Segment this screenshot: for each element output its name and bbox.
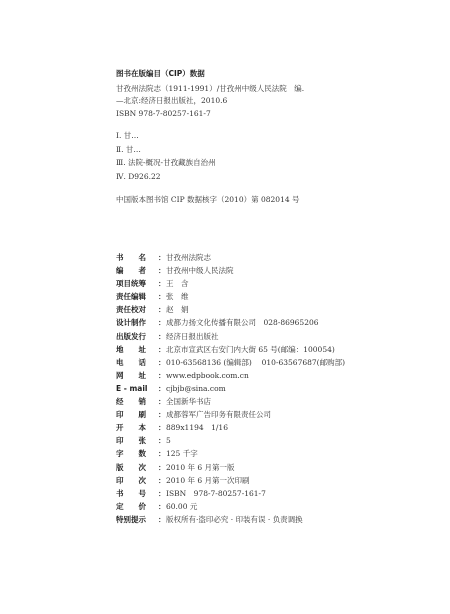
colophon-value: 889x1194 1/16 <box>166 421 228 434</box>
colon-separator: ： <box>158 251 166 264</box>
colophon-value: 北京市宣武区右安门内大街 65 号(邮编：100054) <box>166 343 335 356</box>
colon-separator: ： <box>158 447 166 460</box>
colophon-label: 印 次 <box>116 474 158 487</box>
colophon-label: 印 刷 <box>116 408 158 421</box>
colophon-value: cjbjb@sina.com <box>166 382 226 395</box>
colophon-row: 印 次：2010 年 6 月第一次印刷 <box>116 474 345 487</box>
colophon-value: 成都蓉军广告印务有限责任公司 <box>166 408 271 421</box>
colophon-row: 版 次：2010 年 6 月第一版 <box>116 461 345 474</box>
colophon-value: 成都力扬文化传播有限公司 028-86965206 <box>166 316 319 329</box>
colophon-row: 设计制作：成都力扬文化传播有限公司 028-86965206 <box>116 316 345 329</box>
colophon-label: 书 号 <box>116 487 158 500</box>
colon-separator: ： <box>158 513 166 526</box>
colon-separator: ： <box>158 382 166 395</box>
colophon-label: 电 话 <box>116 356 158 369</box>
colophon-value: 赵 娟 <box>166 303 189 316</box>
colophon-label: 责任编辑 <box>116 290 158 303</box>
cip-number: 中国版本图书馆 CIP 数据核字（2010）第 082014 号 <box>116 194 300 205</box>
colophon-label: 定 价 <box>116 500 158 513</box>
colophon-value: 60.00 元 <box>166 500 197 513</box>
colophon-label: 设计制作 <box>116 316 158 329</box>
cip-block: 图书在版编目（CIP）数据 甘孜州法院志（1911-1991）/甘孜州中级人民法… <box>116 68 416 120</box>
colophon-row: 经 销：全国新华书店 <box>116 395 345 408</box>
colon-separator: ： <box>158 461 166 474</box>
colophon-value: 王 含 <box>166 277 189 290</box>
colon-separator: ： <box>158 421 166 434</box>
colon-separator: ： <box>158 330 166 343</box>
colophon-row: 书 号：ISBN 978-7-80257-161-7 <box>116 487 345 500</box>
colophon-value: 2010 年 6 月第一次印刷 <box>166 474 250 487</box>
colon-separator: ： <box>158 500 166 513</box>
colophon-value: 张 维 <box>166 290 189 303</box>
colophon-label: 责任校对 <box>116 303 158 316</box>
colon-separator: ： <box>158 434 166 447</box>
colophon-label: 项目统筹 <box>116 277 158 290</box>
colon-separator: ： <box>158 474 166 487</box>
colophon-row: 责任编辑：张 维 <box>116 290 345 303</box>
colophon-value: 5 <box>166 434 171 447</box>
colophon-label: 书 名 <box>116 251 158 264</box>
colophon-value: 版权所有·盗印必究 · 印装有误 · 负责调换 <box>166 513 303 526</box>
cip-line-title-author: 甘孜州法院志（1911-1991）/甘孜州中级人民法院 编. <box>116 83 416 96</box>
colophon-value: www.edpbook.com.cn <box>166 369 249 382</box>
colon-separator: ： <box>158 264 166 277</box>
colophon-value: 010-63568136 (编辑部) 010-63567687(邮购部) <box>166 356 345 369</box>
colon-separator: ： <box>158 408 166 421</box>
colon-separator: ： <box>158 277 166 290</box>
colophon-label: 地 址 <box>116 343 158 356</box>
colophon-label: 版 次 <box>116 461 158 474</box>
colophon: 书 名：甘孜州法院志编 者：甘孜州中级人民法院项目统筹：王 含责任编辑：张 维责… <box>116 251 345 526</box>
colon-separator: ： <box>158 487 166 500</box>
colophon-label: 编 者 <box>116 264 158 277</box>
colophon-row: 印 张：5 <box>116 434 345 447</box>
colophon-row: 网 址：www.edpbook.com.cn <box>116 369 345 382</box>
colon-separator: ： <box>158 303 166 316</box>
classification-list: Ⅰ. 甘… Ⅱ. 甘… Ⅲ. 法院-概况-甘孜藏族自治州 Ⅳ. D926.22 <box>116 129 216 183</box>
colon-separator: ： <box>158 369 166 382</box>
colon-separator: ： <box>158 395 166 408</box>
colophon-row: 编 者：甘孜州中级人民法院 <box>116 264 345 277</box>
colon-separator: ： <box>158 290 166 303</box>
colon-separator: ： <box>158 316 166 329</box>
colophon-value: 甘孜州中级人民法院 <box>166 264 234 277</box>
colophon-row: 开 本：889x1194 1/16 <box>116 421 345 434</box>
colophon-value: ISBN 978-7-80257-161-7 <box>166 487 266 500</box>
cip-line-publisher: —北京:经济日报出版社，2010.6 <box>116 95 416 108</box>
colophon-row: 印 刷：成都蓉军广告印务有限责任公司 <box>116 408 345 421</box>
colon-separator: ： <box>158 356 166 369</box>
colophon-row: 特别提示：版权所有·盗印必究 · 印装有误 · 负责调换 <box>116 513 345 526</box>
colophon-row: 出版发行：经济日报出版社 <box>116 330 345 343</box>
classification-item: Ⅰ. 甘… <box>116 129 216 143</box>
cip-line-isbn: ISBN 978-7-80257-161-7 <box>116 108 416 121</box>
colophon-label: 印 张 <box>116 434 158 447</box>
colophon-value: 甘孜州法院志 <box>166 251 211 264</box>
colophon-value: 经济日报出版社 <box>166 330 219 343</box>
colophon-label: E - mail <box>116 382 158 395</box>
colophon-label: 出版发行 <box>116 330 158 343</box>
colophon-label: 开 本 <box>116 421 158 434</box>
colophon-row: 责任校对：赵 娟 <box>116 303 345 316</box>
colophon-value: 2010 年 6 月第一版 <box>166 461 235 474</box>
colophon-label: 经 销 <box>116 395 158 408</box>
colophon-value: 全国新华书店 <box>166 395 211 408</box>
cip-title: 图书在版编目（CIP）数据 <box>116 68 416 81</box>
colon-separator: ： <box>158 343 166 356</box>
colophon-row: E - mail：cjbjb@sina.com <box>116 382 345 395</box>
colophon-value: 125 千字 <box>166 447 198 460</box>
colophon-row: 项目统筹：王 含 <box>116 277 345 290</box>
colophon-row: 书 名：甘孜州法院志 <box>116 251 345 264</box>
colophon-label: 网 址 <box>116 369 158 382</box>
colophon-label: 字 数 <box>116 447 158 460</box>
classification-item: Ⅱ. 甘… <box>116 143 216 157</box>
colophon-row: 地 址：北京市宣武区右安门内大街 65 号(邮编：100054) <box>116 343 345 356</box>
colophon-row: 电 话：010-63568136 (编辑部) 010-63567687(邮购部) <box>116 356 345 369</box>
colophon-row: 字 数：125 千字 <box>116 447 345 460</box>
colophon-label: 特别提示 <box>116 513 158 526</box>
classification-item: Ⅳ. D926.22 <box>116 170 216 184</box>
classification-item: Ⅲ. 法院-概况-甘孜藏族自治州 <box>116 156 216 170</box>
colophon-row: 定 价：60.00 元 <box>116 500 345 513</box>
